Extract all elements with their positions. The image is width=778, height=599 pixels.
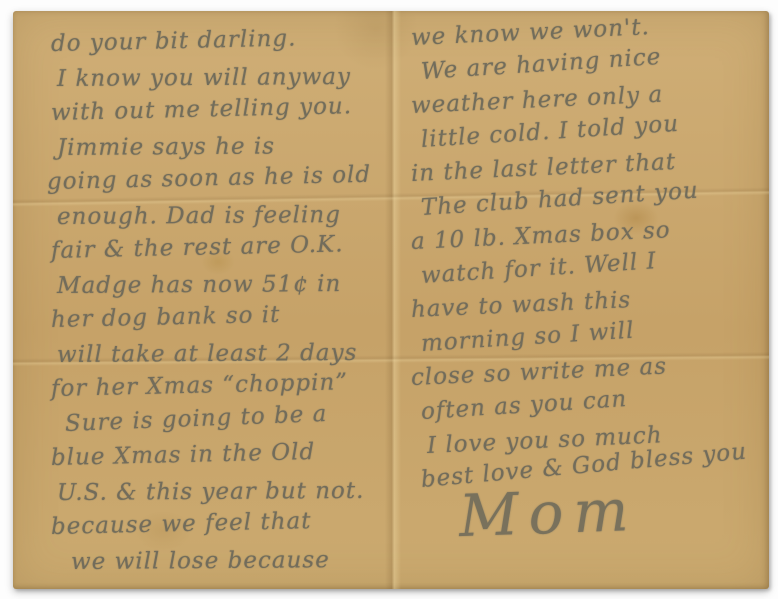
handwriting-line: her dog bank so it [51,295,392,337]
letter-page-left: do your bit darling.I know you will anyw… [13,11,385,589]
letter-photo: do your bit darling.I know you will anyw… [0,0,778,599]
handwriting-line: with out me telling you. [51,88,392,130]
letter-paper: do your bit darling.I know you will anyw… [13,11,769,589]
handwriting-line: because we feel that [51,502,392,544]
handwriting-line: blue Xmas in the Old [51,433,392,475]
handwriting-line: we will lose because [71,542,391,579]
letter-page-right: we know we won't.We are having niceweath… [397,11,769,589]
handwriting-line: do your bit darling. [51,19,392,61]
right-page-handwriting: we know we won't.We are having niceweath… [411,21,769,497]
handwriting-line: fair & the rest are O.K. [51,226,392,268]
handwriting-line: going as soon as he is old [47,157,392,199]
signature-mom: Mom [458,476,640,550]
left-page-handwriting: do your bit darling.I know you will anyw… [51,27,391,579]
